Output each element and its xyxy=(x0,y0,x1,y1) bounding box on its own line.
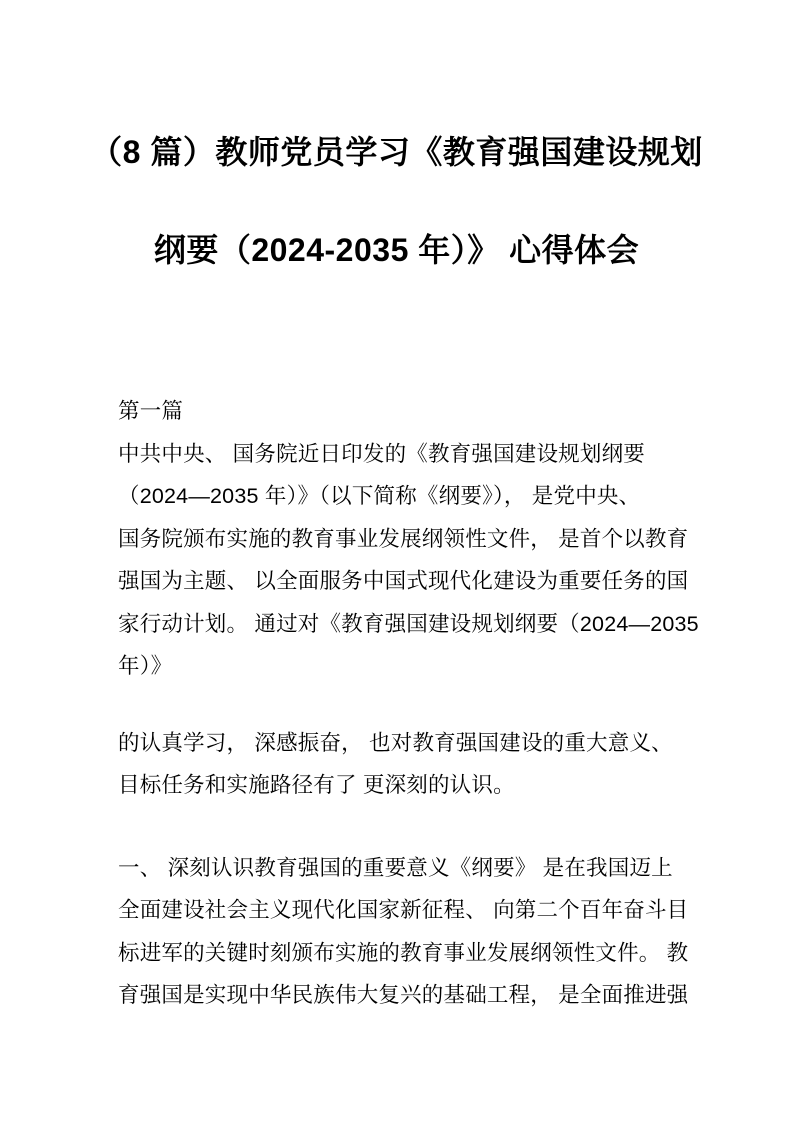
paragraph-heading: 第一篇 xyxy=(118,390,683,433)
document-body: 第一篇 中共中央、 国务院近日印发的《教育强国建设规划纲要 （2024—2035… xyxy=(0,390,793,1017)
text-line: 第一篇 xyxy=(118,390,683,433)
paragraph: 中共中央、 国务院近日印发的《教育强国建设规划纲要 （2024—2035 年）》… xyxy=(118,433,683,688)
paragraph: 的认真学习， 深感振奋， 也对教育强国建设的重大意义、 目标任务和实施路径有了 … xyxy=(118,722,683,807)
text-line: 家行动计划。 通过对《教育强国建设规划纲要（2024—2035 xyxy=(118,603,683,646)
text-line: 中共中央、 国务院近日印发的《教育强国建设规划纲要 xyxy=(118,433,683,476)
title-line-2: 纲要（2024-2035 年）》 心得体会 xyxy=(0,201,793,299)
document-title: （8 篇）教师党员学习《教育强国建设规划 纲要（2024-2035 年）》 心得… xyxy=(0,0,793,299)
text-line: 年）》 xyxy=(118,645,683,688)
text-line: 标进军的关键时刻颁布实施的教育事业发展纲领性文件。 教 xyxy=(118,932,683,975)
text-line: 的认真学习， 深感振奋， 也对教育强国建设的重大意义、 xyxy=(118,722,683,765)
text-line: 育强国是实现中华民族伟大复兴的基础工程， 是全面推进强 xyxy=(118,974,683,1017)
text-line: 全面建设社会主义现代化国家新征程、 向第二个百年奋斗目 xyxy=(118,889,683,932)
text-line: 一、 深刻认识教育强国的重要意义《纲要》 是在我国迈上 xyxy=(118,847,683,890)
text-line: 强国为主题、 以全面服务中国式现代化建设为重要任务的国 xyxy=(118,560,683,603)
paragraph: 一、 深刻认识教育强国的重要意义《纲要》 是在我国迈上 全面建设社会主义现代化国… xyxy=(118,847,683,1017)
title-line-1: （8 篇）教师党员学习《教育强国建设规划 xyxy=(0,103,793,201)
document-page: （8 篇）教师党员学习《教育强国建设规划 纲要（2024-2035 年）》 心得… xyxy=(0,0,793,1122)
text-line: 目标任务和实施路径有了 更深刻的认识。 xyxy=(118,764,683,807)
text-line: 国务院颁布实施的教育事业发展纲领性文件， 是首个以教育 xyxy=(118,518,683,561)
text-line: （2024—2035 年）》（以下简称《纲要》）， 是党中央、 xyxy=(118,475,683,518)
